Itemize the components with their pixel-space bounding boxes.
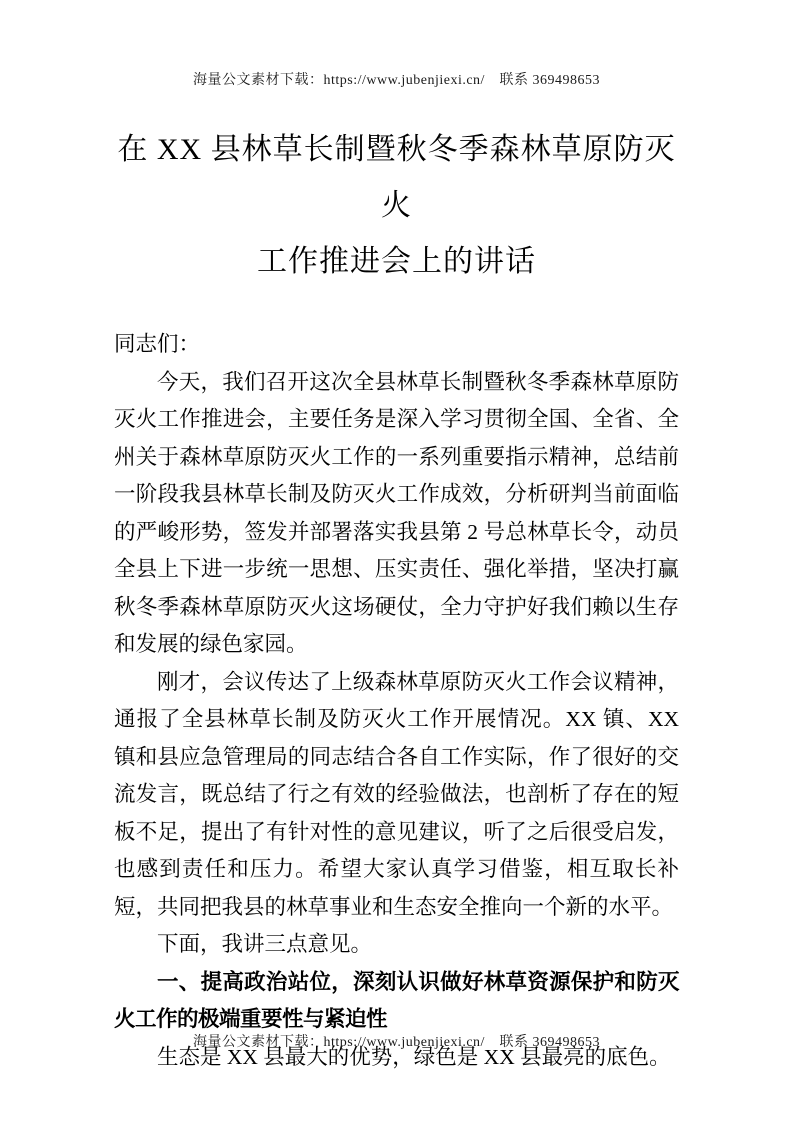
footer-watermark-note: 海量公文素材下载：https://www.jubenjiexi.cn/ 联系 3… [0,1034,793,1051]
title-line-2: 工作推进会上的讲话 [114,234,679,290]
section-heading-1: 一、提高政治站位，深刻认识做好林草资源保护和防灭火工作的极端重要性与紧迫性 [114,964,679,1039]
paragraph-1: 今天，我们召开这次全县林草长制暨秋冬季森林草原防灭火工作推进会，主要任务是深入学… [114,364,679,664]
salutation: 同志们： [114,326,679,364]
header-watermark-note: 海量公文素材下载：https://www.jubenjiexi.cn/ 联系 3… [0,72,793,89]
paragraph-2: 刚才，会议传达了上级森林草原防灭火工作会议精神，通报了全县林草长制及防灭火工作开… [114,664,679,927]
paragraph-3: 下面，我讲三点意见。 [114,926,679,964]
title-line-1: 在 XX 县林草长制暨秋冬季森林草原防灭火 [114,122,679,234]
document-title: 在 XX 县林草长制暨秋冬季森林草原防灭火 工作推进会上的讲话 [114,122,679,290]
document-body: 在 XX 县林草长制暨秋冬季森林草原防灭火 工作推进会上的讲话 同志们： 今天，… [114,122,679,1076]
document-page: 海量公文素材下载：https://www.jubenjiexi.cn/ 联系 3… [0,0,793,1122]
